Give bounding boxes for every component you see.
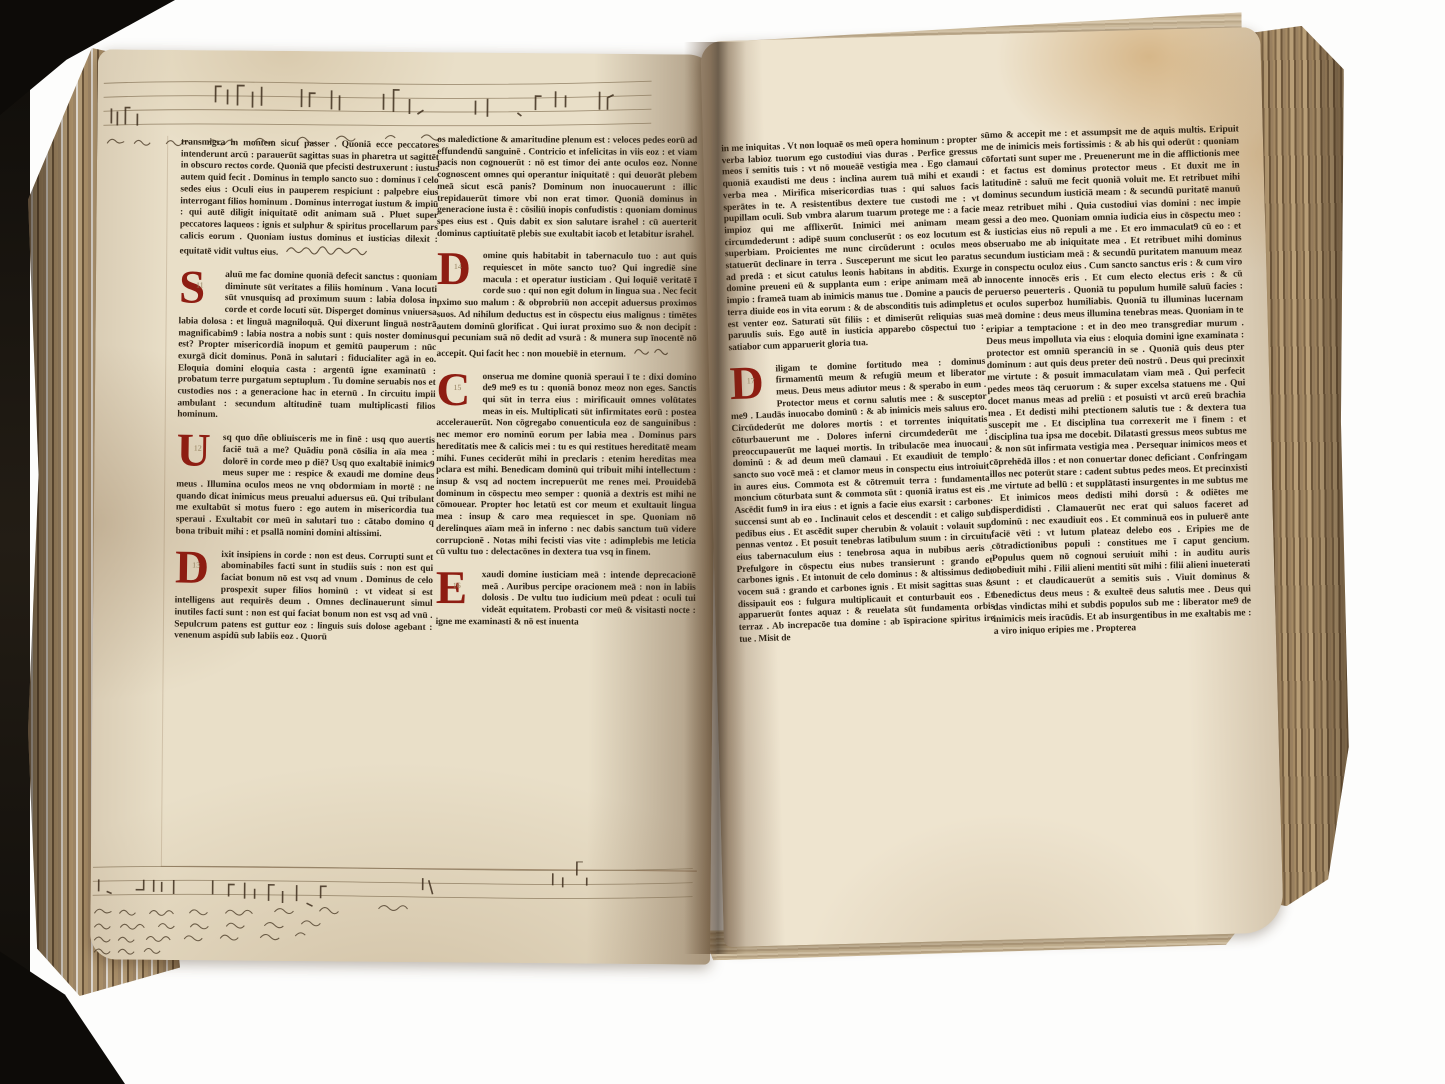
psalm-14: D14 omine quis habitabit in tabernaculo …: [437, 251, 697, 361]
right-page-column-1: in me iniquitas . Vt non loquaē os meū o…: [721, 135, 1004, 882]
psalm-13-continuation: os maledictione & amaritudine plenum est…: [437, 135, 697, 241]
rubricated-initial: E16: [436, 572, 476, 607]
psalm-text: sūmo & accepit me : et assumpsit me de a…: [981, 123, 1252, 636]
psalm-12: U12 sq quo dñe obliuisceris me in finē :…: [176, 433, 435, 542]
psalm-10-continuation: transmigra in montem sicut passer . Quon…: [179, 137, 439, 262]
left-page-column-1: transmigra in montem sicut passer . Quon…: [171, 137, 439, 867]
book-gutter-shadow: [684, 42, 746, 954]
rubricated-initial: S11: [179, 271, 219, 307]
psalm-number: 15: [453, 382, 461, 394]
initial-letter: E: [436, 562, 467, 614]
psalm-text: in me iniquitas . Vt non loquaē os meū o…: [721, 135, 984, 353]
psalm-number: 13: [192, 559, 200, 571]
left-page-column-2: os maledictione & amaritudine plenum est…: [435, 135, 698, 868]
right-page: in me iniquitas . Vt non loquaē os meū o…: [700, 27, 1284, 947]
music-notation-bottom: [92, 857, 693, 962]
rubricated-initial: U12: [176, 435, 216, 471]
psalm-number: 14: [454, 261, 462, 273]
psalm-number: 11: [196, 280, 204, 292]
psalm-16-continuation: in me iniquitas . Vt non loquaē os meū o…: [721, 135, 985, 355]
psalm-number: 12: [194, 443, 202, 455]
right-page-column-2: sūmo & accepit me : et assumpsit me de a…: [981, 123, 1258, 873]
psalm-15: C15 onserua me domine quoniā speraui ī t…: [436, 372, 697, 560]
handwritten-addition-icon: [632, 346, 668, 357]
psalm-11: S11 aluū me fac domine quoniā defecit sa…: [177, 269, 437, 425]
left-page: transmigra in montem sicut passer . Quon…: [90, 49, 718, 964]
ruling-line-vertical: [161, 136, 168, 866]
psalm-text: transmigra in montem sicut passer . Quon…: [179, 137, 439, 258]
psalm-number: 17: [747, 375, 755, 387]
neumes: [99, 857, 587, 908]
rubricated-initial: C15: [436, 374, 476, 409]
psalm-17: D17 iligam te domine fortitudo mea : dom…: [729, 356, 995, 646]
psalm-number: 16: [453, 580, 461, 592]
neumes: [111, 84, 613, 129]
psalm-text: os maledictione & amaritudine plenum est…: [437, 135, 697, 240]
psalm-13: D13 ixit insipiens in corde : non est de…: [174, 549, 433, 646]
cursive-annotation: [94, 903, 407, 957]
rubricated-initial: D13: [175, 551, 215, 587]
psalm-16: E16 xaudi domine iusticiam meā : intende…: [436, 570, 696, 629]
handwritten-addition-icon: [284, 244, 370, 256]
photo-background-left: [0, 0, 30, 1084]
rubricated-initial: D14: [437, 253, 477, 288]
psalm-17-continuation: sūmo & accepit me : et assumpsit me de a…: [981, 123, 1252, 638]
photo-of-open-incunable-psalter: { "photo": { "background": "#fdfdfc", "c…: [0, 0, 1445, 1084]
